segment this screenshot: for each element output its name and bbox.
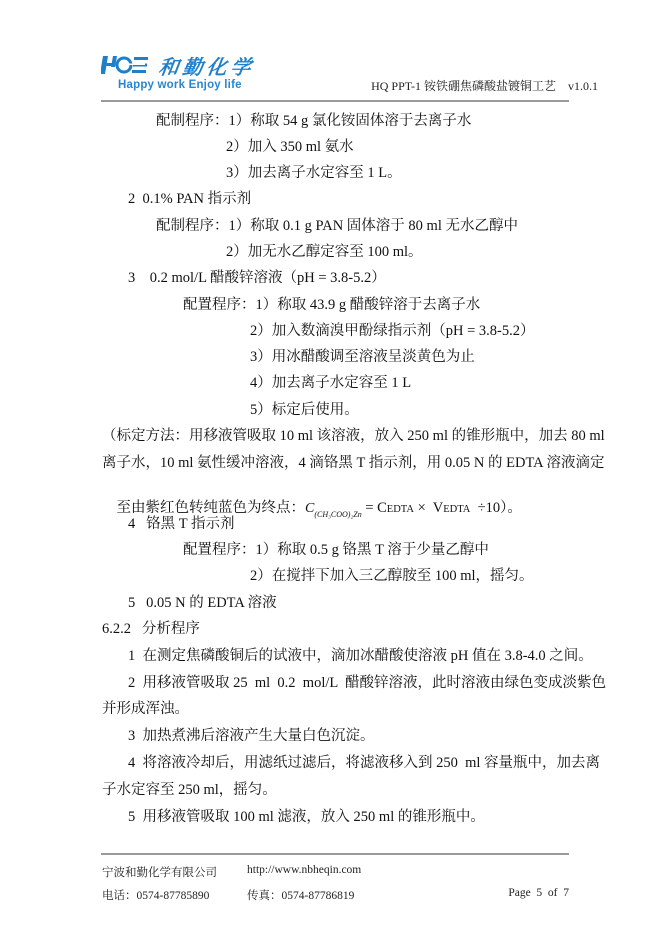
text-line: 5）标定后使用。 — [250, 401, 359, 419]
text-line: 3 加热煮沸后溶液产生大量白色沉淀。 — [128, 727, 375, 745]
text-line: 3）加去离子水定容至 1 L。 — [226, 164, 402, 182]
formula-c: C — [305, 501, 314, 516]
text-line: 2）加无水乙醇定容至 100 ml。 — [226, 243, 423, 261]
text-line: 2）加入数滴溴甲酚绿指示剂（pH = 3.8-5.2） — [250, 322, 534, 340]
text-line: 4）加去离子水定容至 1 L — [250, 374, 411, 392]
footer-divider — [101, 853, 569, 855]
company-name: 宁波和勤化学有限公司 — [102, 864, 217, 880]
website-link[interactable]: http://www.nbheqin.com — [247, 864, 361, 876]
fax-number: 传真：0574-87786819 — [247, 887, 354, 903]
text-line: 子水定容至 250 ml，摇匀。 — [102, 781, 277, 799]
text-line: （标定方法：用移液管吸取 10 ml 该溶液，放入 250 ml 的锥形瓶中，加… — [102, 427, 605, 445]
section-heading: 4 铬黑 T 指示剂 — [128, 515, 234, 533]
formula-subscript: (CH₃COO)₂Zn — [314, 510, 361, 519]
text-line: 2 用移液管吸取 25 ml 0.2 mol/L 醋酸锌溶液，此时溶液由绿色变成… — [128, 674, 606, 692]
text-line: 5 用移液管吸取 100 ml 滤液，放入 250 ml 的锥形瓶中。 — [128, 808, 485, 826]
document-title: HQ PPT-1 铵铁硼焦磷酸盐镀铜工艺 v1.0.1 — [371, 77, 598, 94]
header-divider — [101, 100, 569, 102]
formula-eq: = C — [362, 500, 387, 516]
slogan: Happy work Enjoy life — [118, 79, 242, 91]
subsection-heading: 6.2.2 分析程序 — [102, 620, 200, 638]
text-line: 离子水，10 ml 氨性缓冲溶液，4 滴铬黑 T 指示剂，用 0.05 N 的 … — [102, 454, 604, 472]
hqe-logo-icon — [101, 55, 149, 75]
text-line: 2）在搅拌下加入三乙醇胺至 100 ml，摇匀。 — [250, 567, 534, 585]
page-number: Page 5 of 7 — [508, 887, 569, 899]
text-line: 1 在测定焦磷酸铜后的试液中，滴加冰醋酸使溶液 pH 值在 3.8-4.0 之间… — [128, 647, 593, 665]
text-line: 4 将溶液冷却后，用滤纸过滤后，将滤液移入到 250 ml 容量瓶中，加去离 — [128, 754, 600, 772]
logo-text: 和勤化学 — [157, 51, 257, 80]
phone-number: 电话：0574-87785890 — [102, 887, 209, 903]
formula-times: × V — [414, 500, 443, 516]
text-line: 2）加入 350 ml 氨水 — [226, 138, 354, 156]
company-logo: 和勤化学 — [101, 52, 255, 78]
formula-tail: ÷10）。 — [470, 500, 521, 516]
section-heading: 3 0.2 mol/L 醋酸锌溶液（pH = 3.8-5.2） — [128, 269, 386, 287]
formula-v-sub: EDTA — [443, 504, 470, 515]
formula-c-sub: EDTA — [387, 504, 414, 515]
section-heading: 5 0.05 N 的 EDTA 溶液 — [128, 594, 277, 612]
text-fragment: 至由紫红色转纯蓝色为终点： — [117, 500, 306, 516]
text-line: 配制程序：1）称取 54 g 氯化铵固体溶于去离子水 — [156, 112, 471, 130]
text-line: 配置程序：1）称取 0.5 g 铬黑 T 溶于少量乙醇中 — [183, 541, 489, 559]
text-line: 配置程序：1）称取 43.9 g 醋酸锌溶于去离子水 — [183, 296, 480, 314]
text-line: 并形成浑浊。 — [102, 700, 189, 718]
text-line: 配制程序：1）称取 0.1 g PAN 固体溶于 80 ml 无水乙醇中 — [156, 217, 518, 235]
section-heading: 2 0.1% PAN 指示剂 — [128, 190, 251, 208]
text-line: 3）用冰醋酸调至溶液呈淡黄色为止 — [250, 348, 475, 366]
document-page: 和勤化学 Happy work Enjoy life HQ PPT-1 铵铁硼焦… — [0, 0, 671, 950]
